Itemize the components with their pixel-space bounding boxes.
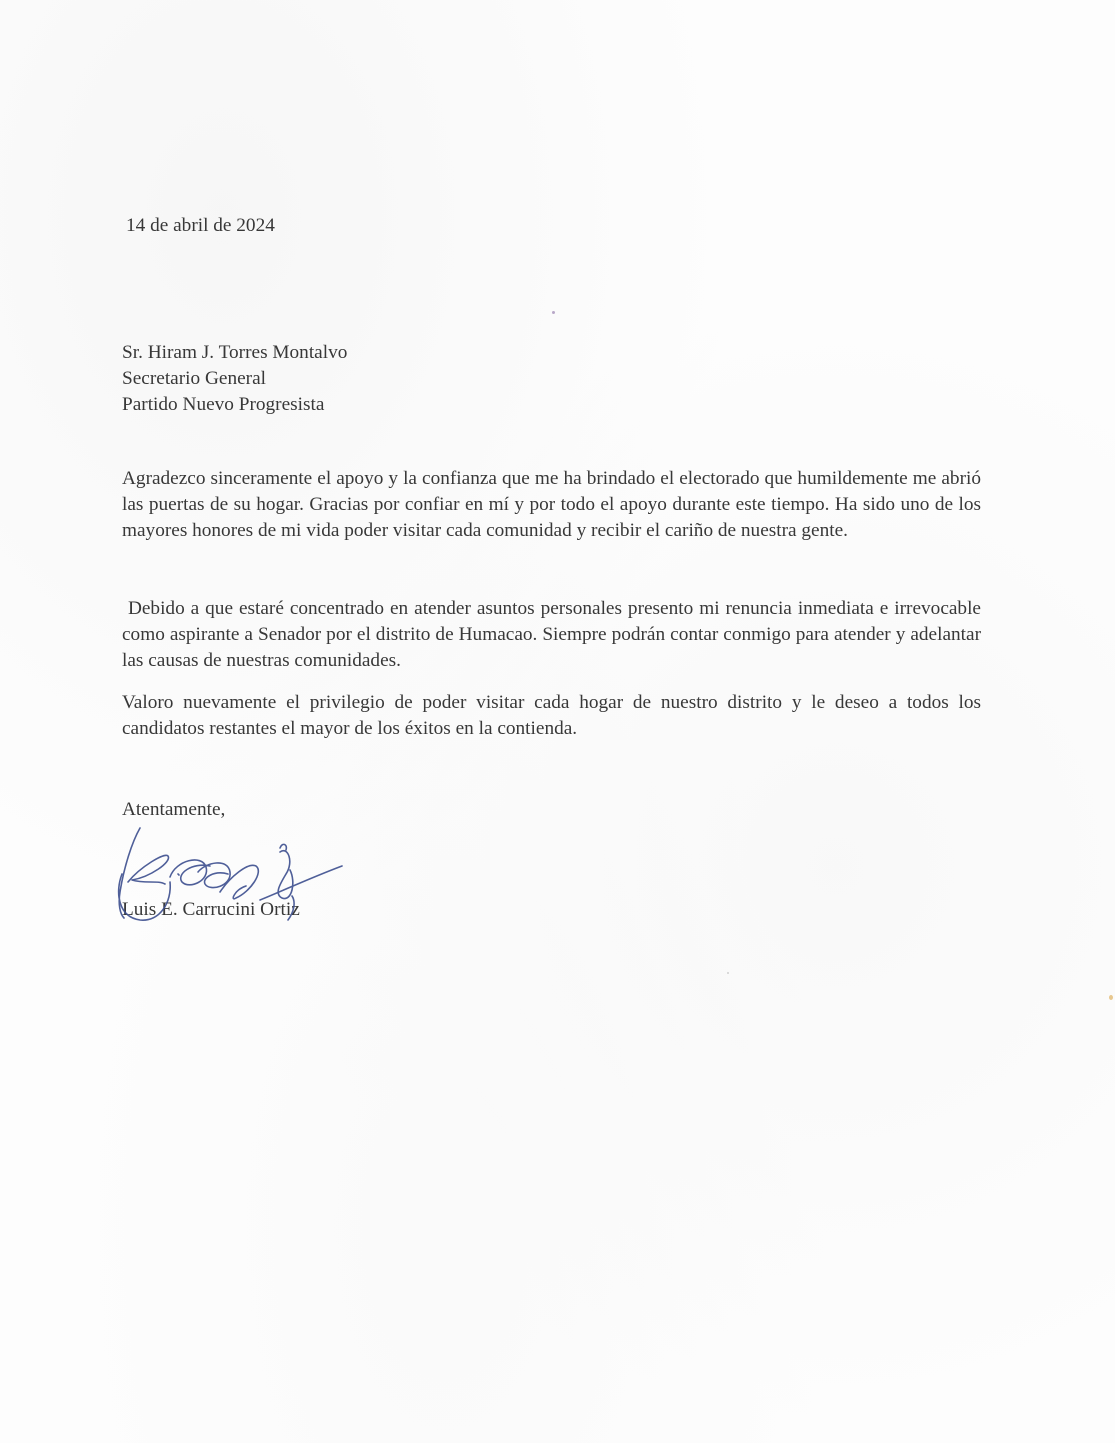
closing-salutation: Atentamente, [122,797,225,823]
body-paragraph-1: Agradezco sinceramente el apoyo y la con… [122,466,981,544]
body-paragraph-2: Debido a que estaré concentrado en atend… [122,596,981,674]
recipient-organization: Partido Nuevo Progresista [122,392,347,418]
paper-speck [552,311,555,314]
handwritten-signature [110,822,350,927]
letter-date: 14 de abril de 2024 [126,213,275,239]
paper-speck [1109,995,1113,1000]
recipient-block: Sr. Hiram J. Torres Montalvo Secretario … [122,340,347,418]
recipient-name: Sr. Hiram J. Torres Montalvo [122,340,347,366]
body-paragraph-3: Valoro nuevamente el privilegio de poder… [122,690,981,742]
paper-speck [727,972,729,974]
recipient-title: Secretario General [122,366,347,392]
